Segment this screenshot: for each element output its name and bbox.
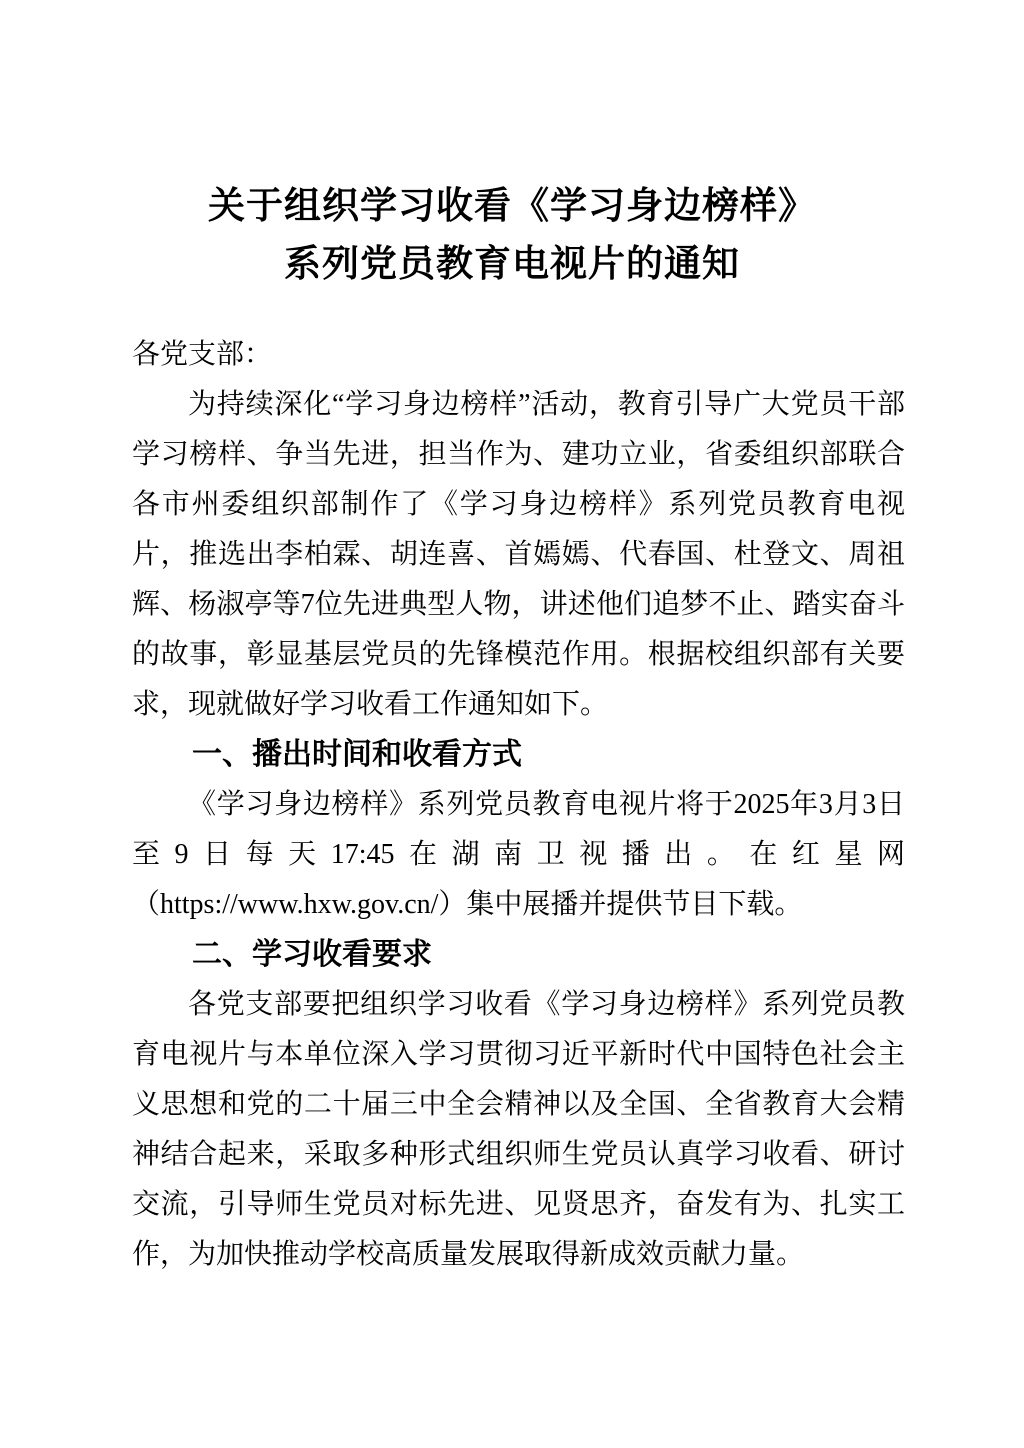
section-2-heading: 二、学习收看要求 xyxy=(132,930,905,980)
document-title: 关于组织学习收看《学习身边榜样》 系列党员教育电视片的通知 xyxy=(0,178,1024,294)
document-page: 关于组织学习收看《学习身边榜样》 系列党员教育电视片的通知 各党支部： 为持续深… xyxy=(0,0,1024,1448)
document-body: 各党支部： 为持续深化“学习身边榜样”活动，教育引导广大党员干部学习榜样、争当先… xyxy=(132,330,905,1280)
document-title-line-2: 系列党员教育电视片的通知 xyxy=(0,236,1024,294)
document-title-line-1: 关于组织学习收看《学习身边榜样》 xyxy=(0,178,1024,236)
section-2-paragraph: 各党支部要把组织学习收看《学习身边榜样》系列党员教育电视片与本单位深入学习贯彻习… xyxy=(132,980,905,1280)
salutation: 各党支部： xyxy=(132,330,905,380)
intro-paragraph: 为持续深化“学习身边榜样”活动，教育引导广大党员干部学习榜样、争当先进，担当作为… xyxy=(132,380,905,730)
section-1-paragraph: 《学习身边榜样》系列党员教育电视片将于2025年3月3日至9日每天17:45在湖… xyxy=(132,780,905,930)
section-1-heading: 一、播出时间和收看方式 xyxy=(132,730,905,780)
